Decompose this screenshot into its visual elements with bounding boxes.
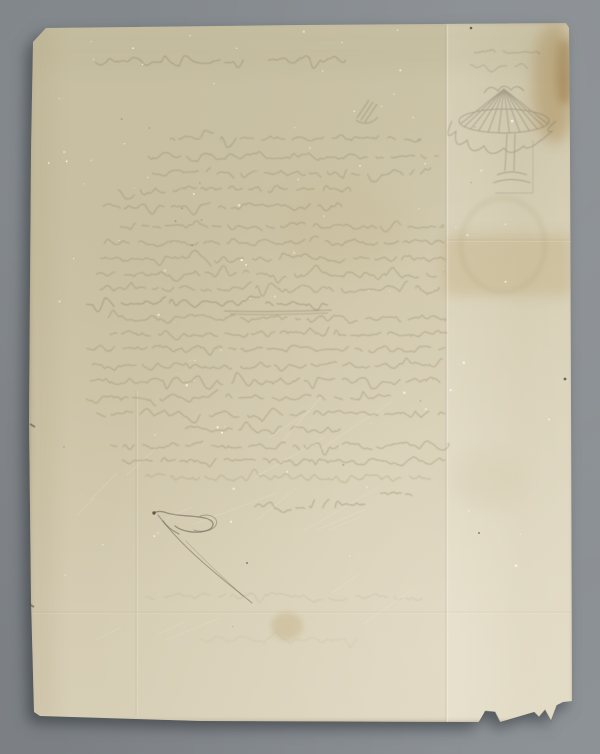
- right-of-fold-lighter-panel: [446, 22, 573, 723]
- stain-blotch: [278, 180, 408, 275]
- manuscript-verso-page: [28, 22, 573, 723]
- photograph-of-manuscript: [0, 0, 600, 754]
- paper-shadow-wrapper: [0, 0, 600, 754]
- stain-blotch: [28, 22, 54, 723]
- stain-blotch: [271, 612, 303, 640]
